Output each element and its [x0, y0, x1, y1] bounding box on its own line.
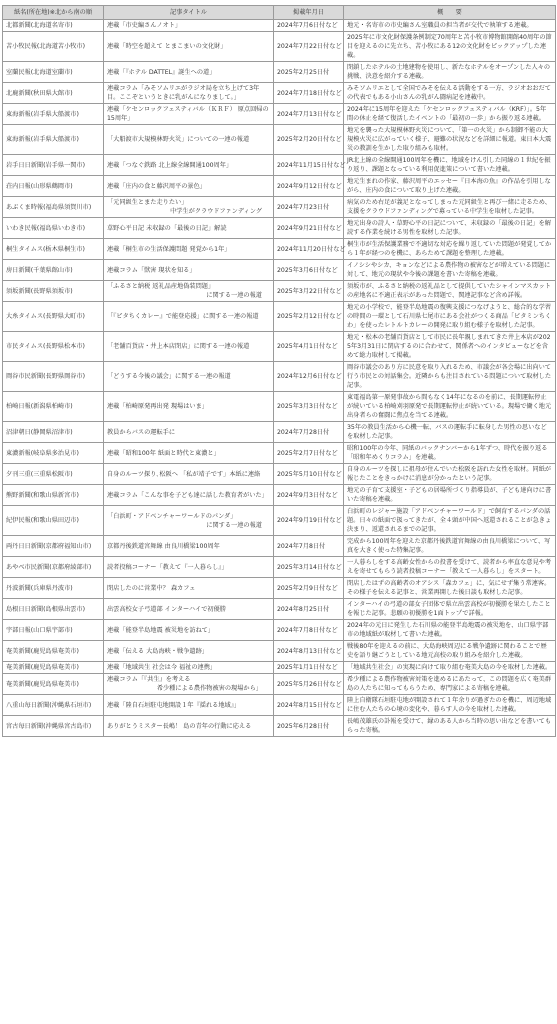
paper-name-cell: 岡谷市民新聞(長野県岡谷市) — [3, 362, 104, 392]
table-row: 岡谷市民新聞(長野県岡谷市)「どうする今後の議会」に関する一連の報道2024年1… — [3, 362, 556, 392]
summary-cell: 希少種による農作物被害対策を進めるにあたって、この問題を広く奄美群島の人たちに知… — [344, 674, 556, 695]
article-list-container: 紙名(所在地)※北から南の順 記事タイトル 掲載年月日 概 要 北都新聞(北海道… — [2, 5, 555, 737]
article-title-line: 「『ピタちくカレー』で能登応援」に関する一連の報道 — [107, 313, 259, 320]
article-title-cell: 連載「ケセンロックフェスティバル（ＫＲＦ） 原点回帰の15周年」 — [104, 104, 274, 125]
table-row: 奄美新聞(鹿児島県奄美市)連載「伝える 大島海峡・戦争遺跡」2024年8月13日… — [3, 641, 556, 662]
paper-name-cell: 北鹿新聞(秋田県大館市) — [3, 83, 104, 104]
table-row: 大糸タイムス(長野県大町市)「『ピタちくカレー』で能登応援」に関する一連の報道2… — [3, 302, 556, 332]
paper-name-cell: 丹波新聞(兵庫県丹波市) — [3, 578, 104, 599]
paper-name-cell: あぶくま時報(福島県須賀川市) — [3, 197, 104, 218]
header-paper: 紙名(所在地)※北から南の順 — [3, 6, 104, 20]
table-row: 東海新報(岩手県大船渡市)連載「ケセンロックフェスティバル（ＫＲＦ） 原点回帰の… — [3, 104, 556, 125]
publish-date-cell: 2024年7月28日付 — [274, 422, 344, 443]
article-title-subline: 希少種による農作物被害の現場から」 — [107, 684, 270, 693]
summary-cell: 2024年に15周年を迎えた「ケセンロックフェスティバル（KRF）」。5年間の休… — [344, 104, 556, 125]
paper-name-cell: あやべ市民新聞(京都府綾部市) — [3, 557, 104, 578]
summary-cell: インターハイの弓道の部女子団体で県立出雲高校が初優勝を果たしたことを報じた記事。… — [344, 599, 556, 620]
header-title: 記事タイトル — [104, 6, 274, 20]
paper-name-cell: 北都新聞(北海道名寄市) — [3, 20, 104, 32]
summary-cell: 白浜町のレジャー施設「アドベンチャーワールド」で飼育するパンダの話題。日々の紙面… — [344, 506, 556, 536]
table-row: 苫小牧民報(北海道苫小牧市)連載「時空を超えて とまこまいの文化財」2024年7… — [3, 32, 556, 62]
paper-name-cell: 市民タイムス(長野県松本市) — [3, 332, 104, 362]
article-title-line: 連載「『ホテル DATTEL』誕生への道」 — [107, 69, 215, 76]
article-title-line: 「どうする今後の議会」に関する一連の報道 — [107, 373, 231, 380]
summary-cell: 病気のため右足が義足となってしまった元同級生と再び一緒に走るため、支援をクラウド… — [344, 197, 556, 218]
paper-name-cell: いわき民報(福島県いわき市) — [3, 218, 104, 239]
article-table: 紙名(所在地)※北から南の順 記事タイトル 掲載年月日 概 要 北都新聞(北海道… — [2, 5, 556, 737]
article-title-line: 連載コラム「こんな事を子ども達に話した教育者がいた」 — [107, 492, 268, 499]
publish-date-cell: 2024年11月15日付など — [274, 155, 344, 176]
header-summary: 概 要 — [344, 6, 556, 20]
article-title-line: 連載「桐生市の生活保護問題 発覚から1年」 — [107, 246, 230, 253]
publish-date-cell: 2025年5月26日付など — [274, 674, 344, 695]
article-title-subline: 中学生がクラウドファンディング — [107, 207, 270, 216]
publish-date-cell: 2024年7月6日付など — [274, 20, 344, 32]
article-title-line: 草野心平日記 未収録の「最後の日記」解読 — [107, 225, 227, 232]
article-title-line: 「白浜町・アドベンチャーワールドのパンダ」 — [107, 512, 270, 521]
article-title-line: 「大船渡市大規模林野火災」についての一連の報道 — [107, 136, 249, 143]
article-title-subline: に関する一連の報道 — [107, 521, 270, 530]
table-row: 宇部日報(山口県宇部市)連載「能登半島地震 被災地を訪ねて」2024年7月8日付… — [3, 620, 556, 641]
paper-name-cell: 須坂新聞(長野県須坂市) — [3, 281, 104, 302]
article-title-cell: 連載「桐生市の生活保護問題 発覚から1年」 — [104, 239, 274, 260]
paper-name-cell: 室蘭民報(北海道室蘭市) — [3, 62, 104, 83]
summary-cell: 桐生市が生活保護業務で不適切な対応を繰り返していた問題が発覚してから１年が経つの… — [344, 239, 556, 260]
publish-date-cell: 2024年7月23日付 — [274, 197, 344, 218]
article-title-line: 「老舗百貨店・井上本店閉店」に関する一連の報道 — [107, 343, 249, 350]
summary-cell: 閉鎖したホテルの土地建物を使用し、新たなホテルをオープンした人々の挑戦、決意を紹… — [344, 62, 556, 83]
table-header-row: 紙名(所在地)※北から南の順 記事タイトル 掲載年月日 概 要 — [3, 6, 556, 20]
summary-cell: 岡谷市議会のあり方に民意を取り入れるため、市議会が各会場に出向いて行う市民との対… — [344, 362, 556, 392]
article-title-line: ありがとうミスター長嶋！ 島の青年の行動に応える — [107, 723, 251, 730]
article-title-cell: 連載コラム「獣害 現状を知る」 — [104, 260, 274, 281]
article-title-cell: 読者投稿コーナー「教えて『一人暮らし』」 — [104, 557, 274, 578]
article-title-line: 連載「能登半島地震 被災地を訪ねて」 — [107, 627, 214, 634]
publish-date-cell: 2024年7月22日付など — [274, 32, 344, 62]
table-row: 沼津朝日(静岡県沼津市)教員からバスの運転手に2024年7月28日付35年の教員… — [3, 422, 556, 443]
article-title-cell: 連載「地域共生 社会は今 福祉の連携」 — [104, 662, 274, 674]
publish-date-cell: 2024年7月8日付 — [274, 536, 344, 557]
article-title-cell: 教員からバスの運転手に — [104, 422, 274, 443]
table-row: 両丹日日新聞(京都府福知山市)京都丹後鉄道宮舞線 由良川橋梁100周年2024年… — [3, 536, 556, 557]
article-title-line: 連載「つなぐ鉄路 北上線全線開通100周年」 — [107, 162, 232, 169]
publish-date-cell: 2024年12月6日付など — [274, 362, 344, 392]
summary-cell: 2024年の元日に発生した石川県の能登半島地震の被災地を、山口県宇部市の地域紙が… — [344, 620, 556, 641]
summary-cell: 自身のルーツを探しに祖母が住んでいた松阪を訪れた女性を取材。同紙が報じたことをき… — [344, 464, 556, 485]
paper-name-cell: 八重山毎日新聞(沖縄県石垣市) — [3, 695, 104, 716]
table-row: 市民タイムス(長野県松本市)「老舗百貨店・井上本店閉店」に関する一連の報道202… — [3, 332, 556, 362]
article-title-subline: に関する一連の報道 — [107, 291, 270, 300]
publish-date-cell: 2025年3月6日付など — [274, 260, 344, 281]
summary-cell: 地元の子育て支援室・子どもの居場所づくり指導員が、子ども達向けに書いた寄稿を連載… — [344, 485, 556, 506]
summary-cell: 完成から100周年を迎えた京都丹後鉄道宮舞線の由良川橋梁について、写真を大きく使… — [344, 536, 556, 557]
table-row: 丹波新聞(兵庫県丹波市)閉店したのに営業中？ 森カフェ2025年2月9日付など閉… — [3, 578, 556, 599]
article-title-cell: 連載コラム「『共生』を考える希少種による農作物被害の現場から」 — [104, 674, 274, 695]
article-title-cell: 「どうする今後の議会」に関する一連の報道 — [104, 362, 274, 392]
article-title-line: 閉店したのに営業中？ 森カフェ — [107, 585, 195, 592]
publish-date-cell: 2025年2月7日付など — [274, 443, 344, 464]
paper-name-cell: 荘内日報(山形県鶴岡市) — [3, 176, 104, 197]
article-title-line: 連載コラム「獣害 現状を知る」 — [107, 267, 196, 274]
paper-name-cell: 奄美新聞(鹿児島県奄美市) — [3, 641, 104, 662]
article-title-line: 連載「時空を超えて とまこまいの文化財」 — [107, 43, 227, 50]
summary-cell: 2025年に市文化財保護条例制定70周年と苫小牧市博物館開館40周年の節目を迎え… — [344, 32, 556, 62]
article-title-cell: 「老舗百貨店・井上本店閉店」に関する一連の報道 — [104, 332, 274, 362]
article-title-cell: 出雲高校女子弓道部 インターハイで初優勝 — [104, 599, 274, 620]
table-row: あぶくま時報(福島県須賀川市)「元同級生とまた走りたい」中学生がクラウドファンデ… — [3, 197, 556, 218]
summary-cell: 須坂市が、ふるさと納税の返礼品として提供していたシャインマスカットの産地名に不適… — [344, 281, 556, 302]
article-title-cell: 連載「柏崎原発再出発 現場はいま」 — [104, 392, 274, 422]
publish-date-cell: 2024年11月20日付など — [274, 239, 344, 260]
summary-cell: 長嶋茂雄氏の訃報を受けて、縁のある人から当時の思い出などを書いてもらった寄稿。 — [344, 716, 556, 737]
summary-cell: 一人暮らしをする高齢女性からの投書を受けて、読者から率直な意見や考えを寄せてもら… — [344, 557, 556, 578]
publish-date-cell: 2024年9月21日付など — [274, 218, 344, 239]
table-row: 柏崎日報(新潟県柏崎市)連載「柏崎原発再出発 現場はいま」2025年3月3日付な… — [3, 392, 556, 422]
publish-date-cell: 2025年3月3日付など — [274, 392, 344, 422]
table-body: 北都新聞(北海道名寄市)連載「市史編さんノオト」2024年7月6日付など地元・名… — [3, 20, 556, 737]
table-row: 岩手日日新聞(岩手県一関市)連載「つなぐ鉄路 北上線全線開通100周年」2024… — [3, 155, 556, 176]
summary-cell: 地元を襲った大規模林野火災について、「第一の火災」から制御不能の大規模火災に広が… — [344, 125, 556, 155]
publish-date-cell: 2025年2月9日付など — [274, 578, 344, 599]
publish-date-cell: 2025年3月22日付など — [274, 281, 344, 302]
paper-name-cell: 宮古毎日新聞(沖縄県宮古島市) — [3, 716, 104, 737]
summary-cell: 東電福島第一原発事故から間もなく14年になるのを前に、長期運転停止が続いている柏… — [344, 392, 556, 422]
paper-name-cell: 紀伊民報(和歌山県田辺市) — [3, 506, 104, 536]
table-row: 夕刊三重(三重県松阪市)自身のルーツ探り､松阪へ 「私が靖子です」本紙に連絡20… — [3, 464, 556, 485]
article-title-line: 連載コラム「みそソムリエがラジオ局を立ち上げて3年目。ここぞというときに乳がんに… — [107, 85, 259, 101]
summary-cell: JR北上線の全線開通100周年を機に、地域をけん引した同線の１世紀を振り返り、課… — [344, 155, 556, 176]
summary-cell: 地元生まれの作家、藤沢周平のエッセー『日本海の魚』の作品を引用しながら、庄内の食… — [344, 176, 556, 197]
publish-date-cell: 2025年4月1日付など — [274, 332, 344, 362]
table-row: 東海新報(岩手県大船渡市)「大船渡市大規模林野火災」についての一連の報道2025… — [3, 125, 556, 155]
publish-date-cell: 2025年5月10日付など — [274, 464, 344, 485]
summary-cell: 地元・松本の老舗百貨店として市民に長年親しまれてきた井上本店が2025年3月31… — [344, 332, 556, 362]
article-title-line: 連載「伝える 大島海峡・戦争遺跡」 — [107, 648, 208, 655]
publish-date-cell: 2025年6月28日付 — [274, 716, 344, 737]
publish-date-cell: 2024年7月18日付など — [274, 83, 344, 104]
summary-cell: 35年の教員生活から心機一転、バスの運転手に転身した男性の思いなどを取材した記事… — [344, 422, 556, 443]
paper-name-cell: 沼津朝日(静岡県沼津市) — [3, 422, 104, 443]
paper-name-cell: 東海新報(岩手県大船渡市) — [3, 125, 104, 155]
table-row: 須坂新聞(長野県須坂市)「ふるさと納税 返礼品産地偽装問題」に関する一連の報道2… — [3, 281, 556, 302]
article-title-cell: ありがとうミスター長嶋！ 島の青年の行動に応える — [104, 716, 274, 737]
table-row: 室蘭民報(北海道室蘭市)連載「『ホテル DATTEL』誕生への道」2025年2月… — [3, 62, 556, 83]
publish-date-cell: 2025年1月1日付など — [274, 662, 344, 674]
article-title-line: 連載「庄内の食と藤沢周平の景色」 — [107, 183, 206, 190]
article-title-cell: 連載「陸自石垣駐屯地開設１年『揺れる地域』」 — [104, 695, 274, 716]
publish-date-cell: 2024年8月13日付など — [274, 641, 344, 662]
summary-cell: イノシシやシカ、キョンなどによる農作物の被害などが増えている問題に対して、地元の… — [344, 260, 556, 281]
summary-cell: 昭和100年の今年、同紙のバックナンバーから1年ずつ、時代を振り返る「昭和年めく… — [344, 443, 556, 464]
paper-name-cell: 桐生タイムス(栃木県桐生市) — [3, 239, 104, 260]
table-row: 荘内日報(山形県鶴岡市)連載「庄内の食と藤沢周平の景色」2024年9月12日付な… — [3, 176, 556, 197]
article-title-cell: 「ふるさと納税 返礼品産地偽装問題」に関する一連の報道 — [104, 281, 274, 302]
paper-name-cell: 岩手日日新聞(岩手県一関市) — [3, 155, 104, 176]
article-title-cell: 京都丹後鉄道宮舞線 由良川橋梁100周年 — [104, 536, 274, 557]
article-title-cell: 連載「伝える 大島海峡・戦争遺跡」 — [104, 641, 274, 662]
table-row: 奄美新聞(鹿児島県奄美市)連載コラム「『共生』を考える希少種による農作物被害の現… — [3, 674, 556, 695]
table-row: 熊野新聞(和歌山県新宮市)連載コラム「こんな事を子ども達に話した教育者がいた」2… — [3, 485, 556, 506]
article-title-line: 連載「柏崎原発再出発 現場はいま」 — [107, 403, 208, 410]
table-row: 北鹿新聞(秋田県大館市)連載コラム「みそソムリエがラジオ局を立ち上げて3年目。こ… — [3, 83, 556, 104]
publish-date-cell: 2024年8月15日付など — [274, 695, 344, 716]
publish-date-cell: 2024年9月12日付など — [274, 176, 344, 197]
table-row: 東濃新報(岐阜県多治見市)連載「昭和100年 紙面と時代と東濃と」2025年2月… — [3, 443, 556, 464]
paper-name-cell: 両丹日日新聞(京都府福知山市) — [3, 536, 104, 557]
article-title-cell: 自身のルーツ探り､松阪へ 「私が靖子です」本紙に連絡 — [104, 464, 274, 485]
publish-date-cell: 2024年9月19日付など — [274, 506, 344, 536]
article-title-line: 連載「ケセンロックフェスティバル（ＫＲＦ） 原点回帰の15周年」 — [107, 106, 269, 122]
summary-cell: みそソムリエとして全国でみそを伝える活動をする一方、ラジオおおだての代表でもある… — [344, 83, 556, 104]
paper-name-cell: 奄美新聞(鹿児島県奄美市) — [3, 674, 104, 695]
table-row: 奄美新聞(鹿児島県奄美市)連載「地域共生 社会は今 福祉の連携」2025年1月1… — [3, 662, 556, 674]
publish-date-cell: 2024年9月3日付など — [274, 485, 344, 506]
table-row: 島根日日新聞(島根県出雲市)出雲高校女子弓道部 インターハイで初優勝2024年8… — [3, 599, 556, 620]
article-title-cell: 連載「能登半島地震 被災地を訪ねて」 — [104, 620, 274, 641]
article-title-cell: 「白浜町・アドベンチャーワールドのパンダ」に関する一連の報道 — [104, 506, 274, 536]
article-title-line: 「ふるさと納税 返礼品産地偽装問題」 — [107, 282, 270, 291]
article-title-line: 連載「昭和100年 紙面と時代と東濃と」 — [107, 450, 220, 457]
summary-cell: 地元の小学校で、能登半島地震の復興支援につなげようと、総合的な学習の時間の一環と… — [344, 302, 556, 332]
article-title-cell: 「『ピタちくカレー』で能登応援」に関する一連の報道 — [104, 302, 274, 332]
article-title-cell: 「大船渡市大規模林野火災」についての一連の報道 — [104, 125, 274, 155]
paper-name-cell: 島根日日新聞(島根県出雲市) — [3, 599, 104, 620]
paper-name-cell: 東濃新報(岐阜県多治見市) — [3, 443, 104, 464]
summary-cell: 閉店したはずの高齢者のオアシス「森カフェ」に、気にせず集う常連客。その様子を伝え… — [344, 578, 556, 599]
summary-cell: 戦後80年を迎えるの前に、大島海峡周辺にる戦争遺跡に関わることで歴史を語り継ごう… — [344, 641, 556, 662]
article-title-cell: 閉店したのに営業中？ 森カフェ — [104, 578, 274, 599]
table-row: いわき民報(福島県いわき市)草野心平日記 未収録の「最後の日記」解読2024年9… — [3, 218, 556, 239]
publish-date-cell: 2024年7月8日付など — [274, 620, 344, 641]
paper-name-cell: 柏崎日報(新潟県柏崎市) — [3, 392, 104, 422]
article-title-line: 連載「陸自石垣駐屯地開設１年『揺れる地域』」 — [107, 702, 240, 709]
article-title-line: 教員からバスの運転手に — [107, 429, 175, 436]
article-title-line: 出雲高校女子弓道部 インターハイで初優勝 — [107, 606, 226, 613]
article-title-cell: 草野心平日記 未収録の「最後の日記」解読 — [104, 218, 274, 239]
article-title-cell: 連載コラム「みそソムリエがラジオ局を立ち上げて3年目。ここぞというときに乳がんに… — [104, 83, 274, 104]
table-row: 房日新聞(千葉県館山市)連載コラム「獣害 現状を知る」2025年3月6日付などイ… — [3, 260, 556, 281]
publish-date-cell: 2025年2月12日付など — [274, 302, 344, 332]
article-title-line: 読者投稿コーナー「教えて『一人暮らし』」 — [107, 564, 228, 571]
article-title-cell: 連載「時空を超えて とまこまいの文化財」 — [104, 32, 274, 62]
header-date: 掲載年月日 — [274, 6, 344, 20]
paper-name-cell: 熊野新聞(和歌山県新宮市) — [3, 485, 104, 506]
table-row: 八重山毎日新聞(沖縄県石垣市)連載「陸自石垣駐屯地開設１年『揺れる地域』」202… — [3, 695, 556, 716]
summary-cell: 地元・名寄市の市史編さん室職員の担当者が交代で執筆する連載。 — [344, 20, 556, 32]
paper-name-cell: 房日新聞(千葉県館山市) — [3, 260, 104, 281]
table-row: あやべ市民新聞(京都府綾部市)読者投稿コーナー「教えて『一人暮らし』」2025年… — [3, 557, 556, 578]
summary-cell: 地元出身の詩人・草野心平の日記について、未収録の「最後の日記」を解読する作業を続… — [344, 218, 556, 239]
article-title-cell: 連載「つなぐ鉄路 北上線全線開通100周年」 — [104, 155, 274, 176]
paper-name-cell: 大糸タイムス(長野県大町市) — [3, 302, 104, 332]
article-title-line: 自身のルーツ探り､松阪へ 「私が靖子です」本紙に連絡 — [107, 471, 260, 478]
article-title-cell: 連載「庄内の食と藤沢周平の景色」 — [104, 176, 274, 197]
table-row: 桐生タイムス(栃木県桐生市)連載「桐生市の生活保護問題 発覚から1年」2024年… — [3, 239, 556, 260]
article-title-cell: 連載「『ホテル DATTEL』誕生への道」 — [104, 62, 274, 83]
publish-date-cell: 2025年2月25日付 — [274, 62, 344, 83]
article-title-cell: 連載コラム「こんな事を子ども達に話した教育者がいた」 — [104, 485, 274, 506]
paper-name-cell: 東海新報(岩手県大船渡市) — [3, 104, 104, 125]
article-title-cell: 連載「昭和100年 紙面と時代と東濃と」 — [104, 443, 274, 464]
table-row: 北都新聞(北海道名寄市)連載「市史編さんノオト」2024年7月6日付など地元・名… — [3, 20, 556, 32]
article-title-line: 連載コラム「『共生』を考える — [107, 675, 270, 684]
article-title-line: 連載「市史編さんノオト」 — [107, 22, 181, 29]
publish-date-cell: 2024年7月13日付など — [274, 104, 344, 125]
article-title-line: 連載「地域共生 社会は今 福祉の連携」 — [107, 664, 216, 671]
paper-name-cell: 苫小牧民報(北海道苫小牧市) — [3, 32, 104, 62]
article-title-line: 「元同級生とまた走りたい」 — [107, 198, 270, 207]
paper-name-cell: 宇部日報(山口県宇部市) — [3, 620, 104, 641]
summary-cell: 陸上自衛隊石垣駐屯地が開設されて１年余りが過ぎたのを機に、周辺地域に住む人たちの… — [344, 695, 556, 716]
article-title-line: 京都丹後鉄道宮舞線 由良川橋梁100周年 — [107, 543, 220, 550]
paper-name-cell: 奄美新聞(鹿児島県奄美市) — [3, 662, 104, 674]
table-row: 紀伊民報(和歌山県田辺市)「白浜町・アドベンチャーワールドのパンダ」に関する一連… — [3, 506, 556, 536]
article-title-cell: 連載「市史編さんノオト」 — [104, 20, 274, 32]
paper-name-cell: 夕刊三重(三重県松阪市) — [3, 464, 104, 485]
publish-date-cell: 2025年2月20日付など — [274, 125, 344, 155]
table-row: 宮古毎日新聞(沖縄県宮古島市)ありがとうミスター長嶋！ 島の青年の行動に応える2… — [3, 716, 556, 737]
summary-cell: 「地域共生社会」の実現に向けて取り組む奄美大島の今を取材した連載。 — [344, 662, 556, 674]
publish-date-cell: 2024年8月25日付 — [274, 599, 344, 620]
article-title-cell: 「元同級生とまた走りたい」中学生がクラウドファンディング — [104, 197, 274, 218]
publish-date-cell: 2025年3月14日付など — [274, 557, 344, 578]
